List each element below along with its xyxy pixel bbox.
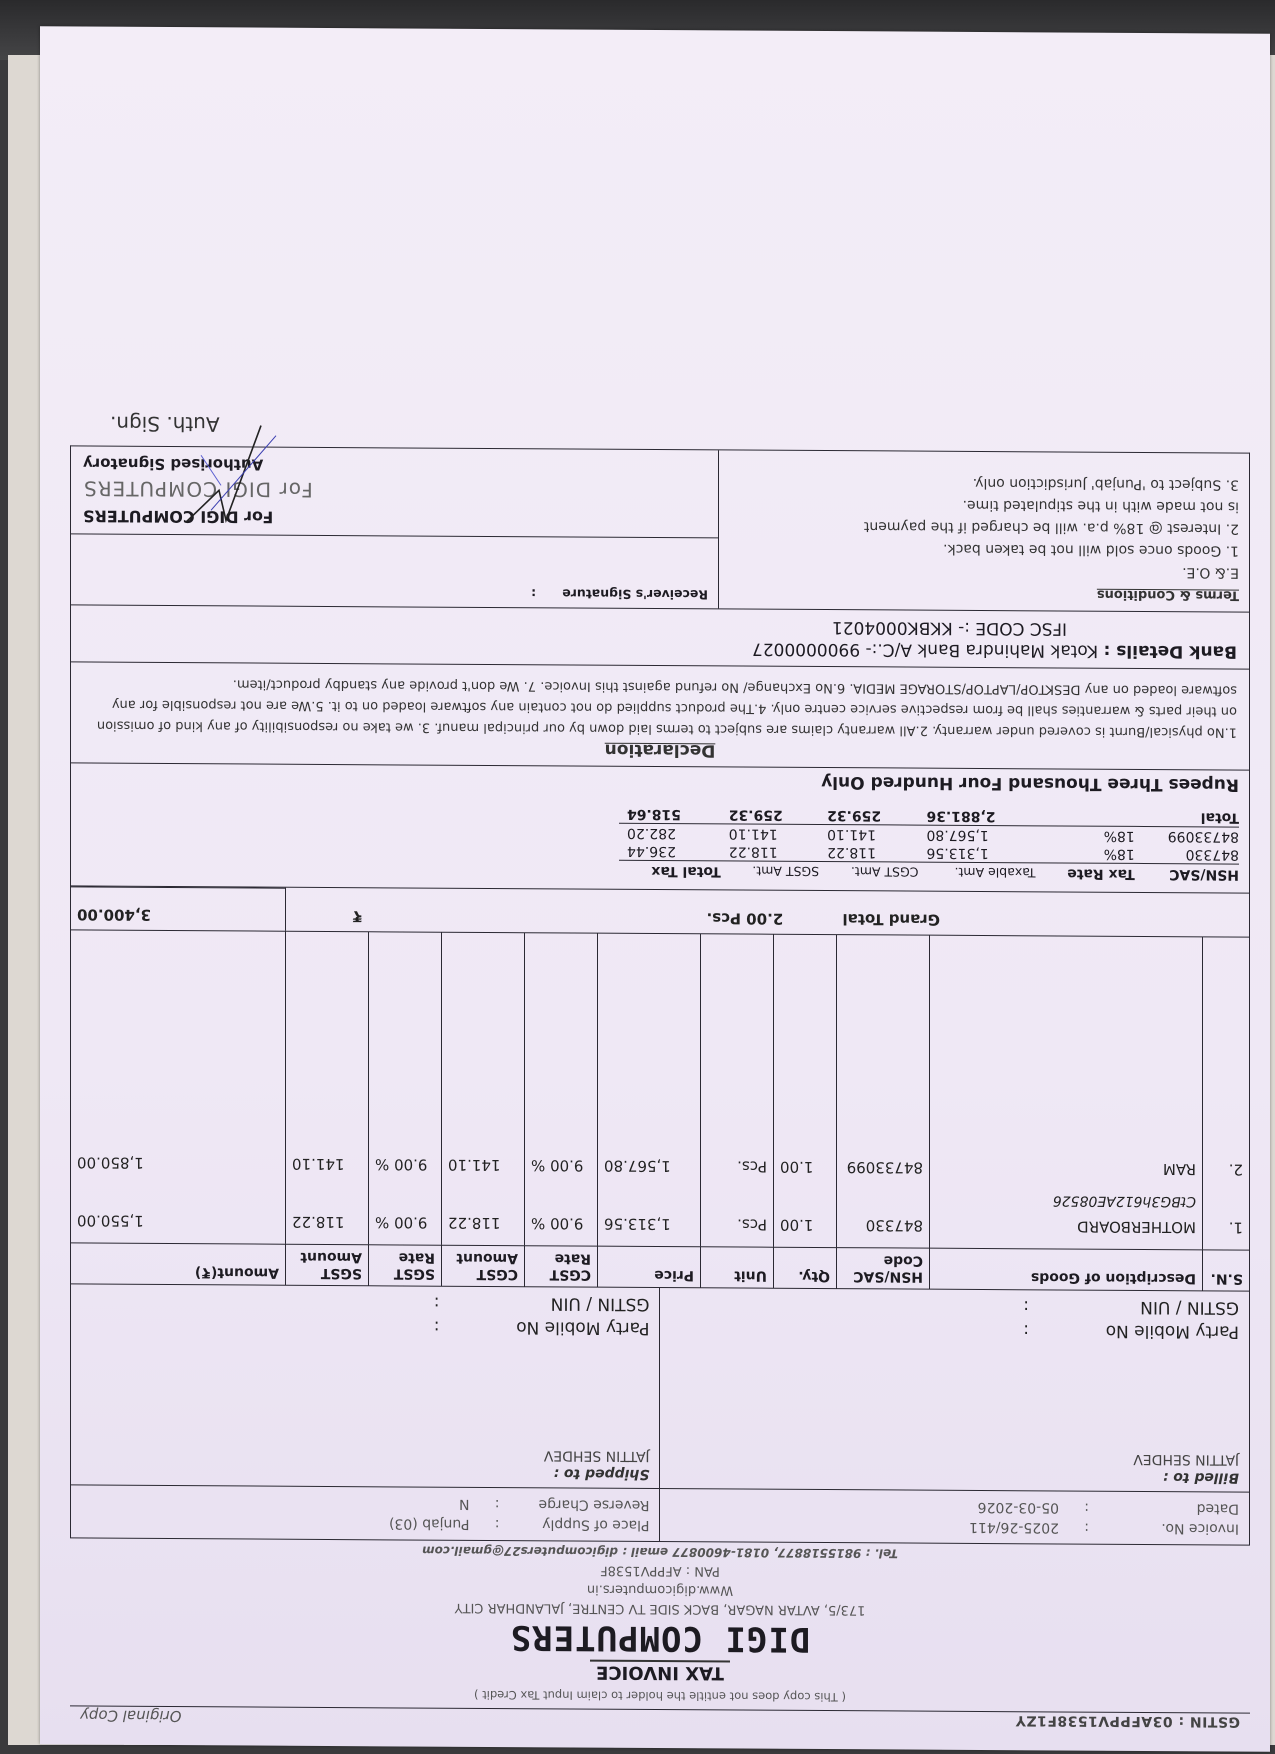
signature-column: Receiver's Signature : For DIGI COMPUTER…	[71, 446, 718, 608]
terms-line: 2. Interest @ 18% p.a. will be charged i…	[729, 514, 1239, 539]
reverse-charge-row: Reverse Charge:N	[81, 1491, 650, 1514]
billed-to: Billed to : JATTIN SEHDEV Party Mobile N…	[660, 1288, 1250, 1492]
billed-to-name: JATTIN SEHDEV	[671, 1448, 1240, 1467]
declaration: Declaration 1.No physical/Burnt is cover…	[71, 662, 1249, 770]
company-name: DIGI COMPUTERS	[70, 1614, 1250, 1661]
invoice-meta: Invoice No.:2025-26/411 Dated:05-03-2026…	[71, 1485, 1249, 1545]
amount-in-words: Rupees Three Thousand Four Hundred Only	[81, 767, 1239, 794]
invoice-paper: GSTIN : 03AFPPV1538F1ZY Original Copy ( …	[40, 26, 1270, 1752]
col-cgst-amount: 118.22141.10	[442, 932, 525, 1246]
invoice-date-row: Dated:05-03-2026	[671, 1495, 1240, 1518]
terms-and-conditions: Terms & Conditions E.& O.E. 1. Goods onc…	[718, 450, 1249, 611]
footer-section: Terms & Conditions E.& O.E. 1. Goods onc…	[71, 446, 1249, 612]
terms-line: is not made with in the stipulated time.	[729, 492, 1239, 517]
col-unit: Pcs.Pcs.	[701, 934, 774, 1247]
invoice-number: 2025-26/411	[969, 1517, 1059, 1538]
party-section: Billed to : JATTIN SEHDEV Party Mobile N…	[71, 1284, 1249, 1492]
bank-details: Bank Details : Kotak Mahindra Bank A/C.:…	[71, 605, 1249, 669]
invoice-page: GSTIN : 03AFPPV1538F1ZY Original Copy ( …	[70, 36, 1250, 1743]
terms-title: Terms & Conditions	[729, 580, 1239, 605]
invoice-body: Invoice No.:2025-26/411 Dated:05-03-2026…	[70, 445, 1250, 1545]
col-amount: 1,550.001,850.00	[71, 930, 286, 1244]
grand-total-qty: 2.00 Pcs.	[701, 891, 837, 935]
terms-line: 1. Goods once sold will not be taken bac…	[729, 536, 1239, 561]
tax-row: 84733018% 1,313.56118.22 118.22236.44	[619, 842, 1239, 864]
col-sgst-rate: 9.00 %9.00 %	[369, 932, 442, 1245]
col-sn: 1.2.	[1203, 937, 1250, 1250]
place-of-supply: Punjab (03)	[389, 1513, 470, 1533]
invoice-header: ( This copy does not entitle the holder …	[70, 1538, 1250, 1712]
item-description: RAM	[936, 1152, 1196, 1186]
copy-label: Original Copy	[80, 1706, 182, 1725]
tax-total-row: Total 2,881.36259.32 259.32518.64	[619, 805, 1239, 827]
item-serial: CtBG3h612AE08526	[936, 1184, 1196, 1212]
grand-total-row: Grand Total 2.00 Pcs. ₹ 3,400.00	[71, 887, 1249, 937]
billed-gstin-row: GSTIN / UIN:	[999, 1294, 1239, 1319]
authorised-signatory-block: For DIGI COMPUTERS For DIGI COMPUTERS Au…	[71, 446, 718, 537]
shipped-mobile-row: Party Mobile No:	[410, 1315, 650, 1340]
item-description: MOTHERBOARD	[936, 1210, 1196, 1244]
shipped-to: Shipped to : JATTIN SEHDEV Party Mobile …	[71, 1284, 660, 1488]
billed-to-title: Billed to :	[671, 1466, 1240, 1485]
col-description: MOTHERBOARDCtBG3h612AE08526RAM	[930, 935, 1203, 1250]
tax-summary-table: HSN/SAC Tax Rate Taxable Amt. CGST Amt. …	[619, 805, 1239, 885]
declaration-text: 1.No physical/Burnt is covered under war…	[83, 673, 1237, 743]
tax-summary: HSN/SAC Tax Rate Taxable Amt. CGST Amt. …	[71, 763, 1249, 893]
items-table: S.N. Description of Goods HSN/SAC Code Q…	[71, 886, 1249, 1291]
col-hsn: 84733084733099	[837, 935, 930, 1249]
grand-total-amount: 3,400.00	[71, 887, 286, 931]
copy-note: ( This copy does not entitle the holder …	[70, 1685, 1250, 1706]
terms-line: E.& O.E.	[729, 558, 1239, 583]
col-price: 1,313.561,567.80	[598, 933, 701, 1247]
signature-mark-icon	[161, 420, 281, 531]
place-of-supply-row: Place of Supply:Punjab (03)	[81, 1511, 650, 1534]
terms-line: 3. Subject to 'Punjab' Jurisdiction only…	[729, 470, 1239, 495]
grand-total-label: Grand Total	[837, 892, 1203, 937]
shipped-to-name: JATTIN SEHDEV	[81, 1444, 650, 1463]
invoice-number-row: Invoice No.:2025-26/411	[671, 1515, 1240, 1538]
invoice-date: 05-03-2026	[978, 1497, 1059, 1517]
shipped-to-title: Shipped to :	[81, 1462, 650, 1481]
billed-mobile-row: Party Mobile No:	[999, 1318, 1239, 1343]
col-cgst-rate: 9.00 %9.00 %	[525, 933, 598, 1246]
document-title: TAX INVOICE	[590, 1660, 730, 1684]
bank-label: Bank Details :	[1104, 641, 1238, 662]
items-rows: 1.2. MOTHERBOARDCtBG3h612AE08526RAM 8473…	[71, 930, 1249, 1250]
company-gstin: GSTIN : 03AFPPV1538F1ZY	[1015, 1712, 1240, 1729]
rupee-icon: ₹	[286, 888, 369, 932]
tax-row: 8473309918% 1,567.80141.10 141.10282.20	[619, 823, 1239, 845]
shipped-gstin-row: GSTIN / UIN:	[410, 1291, 650, 1316]
bank-account: Kotak Mahindra Bank A/C.:- 9900000027	[752, 639, 1098, 661]
reverse-charge: N	[459, 1494, 469, 1514]
col-sgst-amount: 118.22141.10	[286, 931, 369, 1245]
receiver-signature: Receiver's Signature :	[71, 533, 718, 608]
items-header-row: S.N. Description of Goods HSN/SAC Code Q…	[71, 1243, 1249, 1291]
col-qty: 1.001.00	[774, 934, 837, 1247]
